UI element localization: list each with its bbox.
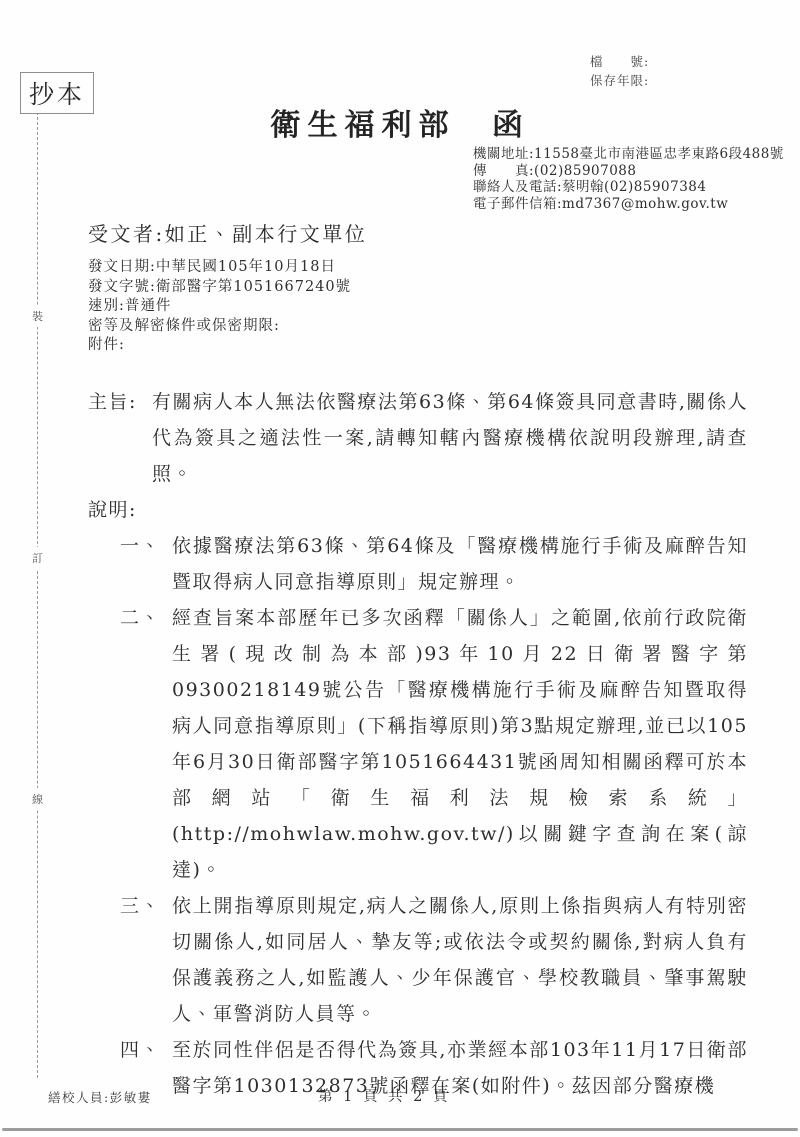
document-page: 抄本 檔 號: 保存年限: 衛生福利部 函 機關地址:11558臺北市南港區忠孝… (0, 0, 800, 1137)
speed-class: 速別:普通件 (88, 297, 351, 317)
explanation-label: 說明: (88, 492, 748, 528)
binding-mark-ding: 訂 (31, 547, 44, 569)
archival-labels: 檔 號: 保存年限: (590, 52, 649, 90)
fax-number: 傳 真:(02)85907088 (473, 163, 784, 180)
email-address: 電子郵件信箱:md7367@mohw.gov.tw (473, 196, 784, 213)
item-marker: 一、 (120, 528, 172, 600)
item-marker: 三、 (120, 888, 172, 1032)
subject-text: 有關病人本人無法依醫療法第63條、第64條簽具同意書時,關係人代為簽具之適法性一… (152, 384, 748, 492)
item-text: 依據醫療法第63條、第64條及「醫療機構施行手術及麻醉告知暨取得病人同意指導原則… (172, 528, 748, 600)
security-class: 密等及解密條件或保密期限: (88, 317, 351, 337)
explanation-item-3: 三、 依上開指導原則規定,病人之關係人,原則上係指與病人有特別密切關係人,如同居… (88, 888, 748, 1032)
letter-body: 主旨: 有關病人本人無法依醫療法第63條、第64條簽具同意書時,關係人代為簽具之… (88, 384, 748, 1104)
retention-period-label: 保存年限: (590, 71, 649, 90)
dispatch-number: 發文字號:衛部醫字第1051667240號 (88, 278, 351, 298)
agency-address: 機關地址:11558臺北市南港區忠孝東路6段488號 (473, 146, 784, 163)
copy-stamp: 抄本 (20, 72, 94, 114)
item-text: 依上開指導原則規定,病人之關係人,原則上係指與病人有特別密切關係人,如同居人、摯… (172, 888, 748, 1032)
scan-edge-line (2, 1128, 798, 1131)
proofreader-name: 繕校人員:彭敏婁 (48, 1088, 152, 1106)
item-text: 經查旨案本部歷年已多次函釋「關係人」之範圍,依前行政院衛生署(現改制為本部)93… (172, 600, 748, 888)
page-number-indicator: 第 1 頁 共 2 頁 (318, 1085, 451, 1106)
dispatch-date: 發文日期:中華民國105年10月18日 (88, 258, 351, 278)
binding-mark-zhuang: 裝 (31, 305, 44, 327)
contact-info-block: 機關地址:11558臺北市南港區忠孝東路6段488號 傳 真:(02)85907… (473, 146, 784, 212)
item-text: 至於同性伴侶是否得代為簽具,亦業經本部103年11月17日衛部醫字第103013… (172, 1032, 748, 1104)
subject-label: 主旨: (88, 384, 152, 492)
dispatch-meta-block: 發文日期:中華民國105年10月18日 發文字號:衛部醫字第1051667240… (88, 258, 351, 356)
explanation-item-1: 一、 依據醫療法第63條、第64條及「醫療機構施行手術及麻醉告知暨取得病人同意指… (88, 528, 748, 600)
explanation-item-2: 二、 經查旨案本部歷年已多次函釋「關係人」之範圍,依前行政院衛生署(現改制為本部… (88, 600, 748, 888)
file-number-label: 檔 號: (590, 52, 649, 71)
document-title: 衛生福利部 函 (0, 100, 800, 144)
attachment-label: 附件: (88, 336, 351, 356)
contact-person-phone: 聯絡人及電話:蔡明翰(02)85907384 (473, 179, 784, 196)
binding-dashed-line (37, 112, 38, 1078)
binding-mark-xian: 線 (31, 788, 44, 810)
recipient-line: 受文者:如正、副本行文單位 (88, 218, 367, 247)
item-marker: 二、 (120, 600, 172, 888)
subject-section: 主旨: 有關病人本人無法依醫療法第63條、第64條簽具同意書時,關係人代為簽具之… (88, 384, 748, 492)
